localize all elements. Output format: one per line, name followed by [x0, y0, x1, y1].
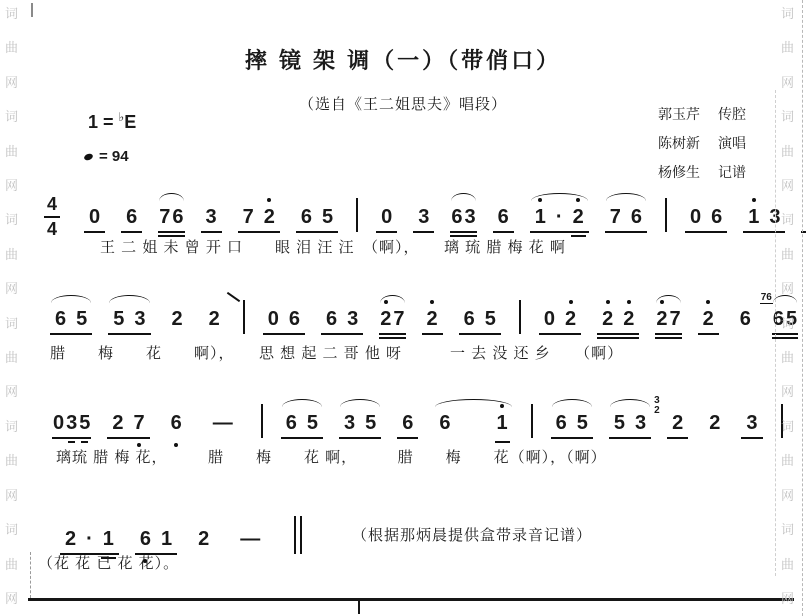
note: 2 [204, 308, 225, 330]
watermark-char: 网 [5, 281, 18, 296]
watermark-char: 曲 [5, 247, 18, 262]
quarter-note-icon [83, 153, 94, 162]
note-digit: 6 [498, 206, 509, 228]
note: 2 [618, 308, 639, 330]
note-group: 27 [379, 308, 405, 335]
measure: 6535661 [273, 412, 521, 439]
note-digit: 7 [393, 308, 404, 330]
note-group: 63 [321, 308, 363, 335]
note: 232 [667, 412, 688, 434]
note: 6 [166, 412, 187, 434]
rest-note: 0 [84, 206, 105, 228]
watermark-char: 词 [781, 109, 794, 124]
tempo-value: = 94 [99, 148, 129, 165]
bottom-frame-tick [358, 599, 360, 614]
watermark-char: 词 [781, 316, 794, 331]
lyrics-line-4: （花 花 已 花 花）。 [38, 552, 179, 573]
note-group: — [230, 528, 270, 555]
note-digit: 2 [709, 412, 720, 434]
watermark-char: 词 [5, 419, 18, 434]
credit-row: 郭玉芹传腔 [658, 100, 746, 129]
barline [261, 404, 263, 438]
note: 5 [317, 206, 338, 228]
note: 2 [422, 308, 443, 330]
music-line-1: 44067637265036361·27606135661 [44, 194, 806, 240]
octave-dot-high [706, 300, 710, 304]
note-digit: 2 [65, 528, 76, 550]
note-digit: 2 [264, 206, 275, 228]
watermark-char: 网 [5, 488, 18, 503]
watermark-char: 网 [5, 178, 18, 193]
octave-dot-high [660, 300, 664, 304]
watermark-char: 曲 [5, 453, 18, 468]
watermark-char: 词 [5, 316, 18, 331]
watermark-char: 曲 [781, 557, 794, 572]
note: 1 [98, 528, 119, 550]
credit-name: 陈树新 [658, 135, 700, 151]
note: 6 [434, 412, 455, 434]
octave-dot-high [538, 198, 542, 202]
extra-underline [495, 441, 510, 443]
note-group: 27 [655, 308, 681, 335]
note: 6 [459, 308, 480, 330]
watermark-char: 网 [781, 178, 794, 193]
note-digit: 1 [497, 412, 508, 434]
watermark-char: 网 [5, 384, 18, 399]
watermark-char: 曲 [5, 557, 18, 572]
music-line-4: 2·1612— [52, 516, 312, 555]
watermark-left: 词曲网词曲网词曲网词曲网词曲网词曲网 [5, 6, 18, 606]
final-barline [294, 516, 302, 554]
note-digit: 1 [161, 528, 172, 550]
rest-note: 0 [539, 308, 560, 330]
note-digit: 3 [344, 412, 355, 434]
lyrics-line-1: 王 二 姐 未 曾 开 口 眼 泪 汪 汪 （啊）， 璃 琉 腊 梅 花 啊 [100, 236, 566, 257]
note-group: 6 [166, 412, 187, 439]
note-digit: 5 [113, 308, 124, 330]
note-group: 76 [158, 206, 184, 233]
page-title: 摔 镜 架 调（一）（带俏口） [0, 44, 806, 75]
note: 5 [480, 308, 501, 330]
note-group: 676 [735, 308, 756, 335]
note: 3 [342, 308, 363, 330]
watermark-char: 词 [781, 212, 794, 227]
note: 1 [492, 412, 513, 434]
note-group: 6 [493, 206, 514, 233]
watermark-right: 词曲网词曲网词曲网词曲网词曲网词曲网 [781, 6, 794, 606]
note-group: 2 [704, 412, 725, 439]
note: 6 [706, 206, 727, 228]
extra-underline [68, 441, 75, 443]
note-group: 65 [50, 308, 92, 335]
watermark-char: 词 [5, 212, 18, 227]
note-digit: 2 [703, 308, 714, 330]
note-digit: 6 [451, 206, 462, 228]
note: 2 [259, 206, 280, 228]
credit-name: 杨修生 [658, 164, 700, 180]
note-digit: 6 [631, 206, 642, 228]
note-digit: 5 [76, 308, 87, 330]
note-digit: 7 [159, 206, 170, 228]
key-prefix: 1 = [88, 112, 119, 132]
note-digit: 6 [711, 206, 722, 228]
note-digit: 6 [326, 308, 337, 330]
note: 7 [158, 206, 171, 228]
watermark-char: 网 [781, 384, 794, 399]
left-dashed-rule [30, 552, 31, 598]
note-group: 61 [434, 412, 512, 439]
note-digit: 0 [89, 206, 100, 228]
note-digit: 3 [347, 308, 358, 330]
note: 1 [743, 206, 764, 228]
note: · [551, 206, 568, 228]
note-digit: 5 [322, 206, 333, 228]
watermark-char: 网 [781, 281, 794, 296]
note-group: 3 [413, 206, 434, 233]
watermark-char: 网 [781, 488, 794, 503]
note: 7 [669, 308, 682, 330]
note: 676 [735, 308, 756, 330]
credit-role: 记谱 [718, 164, 746, 180]
note-group: 2·1 [60, 528, 119, 555]
note-group: 6 [397, 412, 418, 439]
note: 3 [201, 206, 222, 228]
measure: 655323223 [543, 412, 771, 439]
note: 3 [129, 308, 150, 330]
note-digit: 2 [172, 308, 183, 330]
glissando-mark [227, 292, 240, 302]
note-group: 65 [459, 308, 501, 335]
note-group: 65 [551, 412, 593, 439]
credit-row: 陈树新演唱 [658, 129, 746, 158]
watermark-char: 词 [5, 522, 18, 537]
rest-note: 0 [263, 308, 284, 330]
right-dashed-rule [802, 0, 803, 616]
source-note: （根据那炳晨提供盒带录音记谱） [352, 524, 592, 545]
watermark-char: 网 [5, 591, 18, 606]
note-digit: 3 [134, 308, 145, 330]
barline [519, 300, 521, 334]
music-line-2: 6553220663272650222272676653 [42, 300, 806, 335]
note-digit: 2 [112, 412, 123, 434]
note: 2 [107, 412, 128, 434]
time-signature: 44 [44, 194, 60, 240]
note-digit: 7 [670, 308, 681, 330]
note: 6 [296, 206, 317, 228]
note: 2 [167, 308, 188, 330]
note: 6 [493, 206, 514, 228]
note-digit: 3 [66, 412, 77, 434]
octave-dot-high [627, 300, 631, 304]
note: — [230, 528, 270, 550]
note-digit: 6 [439, 412, 450, 434]
note: 6 [50, 308, 71, 330]
note: 5 [609, 412, 630, 434]
note: 3 [464, 206, 477, 228]
note-digit: 5 [307, 412, 318, 434]
measure: 066327265 [255, 308, 509, 335]
lyrics-line-3: 璃琉 腊 梅 花， 腊 梅 花 啊， 腊 梅 花（啊），（啊） [56, 446, 607, 467]
watermark-char: 曲 [5, 350, 18, 365]
barline [531, 404, 533, 438]
note-digit: 6 [740, 308, 751, 330]
note-group: 02 [539, 308, 581, 335]
note-group: — [203, 412, 243, 439]
note: 5 [108, 308, 129, 330]
barline [356, 198, 358, 232]
octave-dot-high [576, 198, 580, 202]
note: 6 [284, 308, 305, 330]
octave-dot-high [267, 198, 271, 202]
watermark-char: 曲 [781, 350, 794, 365]
note-digit: 5 [614, 412, 625, 434]
credit-role: 传腔 [718, 106, 746, 122]
music-line-3: 035276—6535661655323223 [44, 404, 793, 439]
note-digit: 6 [55, 308, 66, 330]
measure: 2·1612— [52, 528, 278, 555]
note: 7 [129, 412, 150, 434]
note-group: 035 [52, 412, 91, 439]
watermark-char: 网 [5, 75, 18, 90]
note-digit: 2 [656, 308, 667, 330]
credit-role: 演唱 [718, 135, 746, 151]
sheet-music-page: 摔 镜 架 调（一）（带俏口） （选自《王二姐思夫》唱段） 郭玉芹传腔 陈树新演… [0, 0, 806, 616]
note: 2 [60, 528, 81, 550]
octave-dot-high [606, 300, 610, 304]
note-digit: 6 [556, 412, 567, 434]
note: 3 [339, 412, 360, 434]
lyrics-line-2: 腊 梅 花 啊）， 思 想 起 二 哥 他 呀 一 去 没 还 乡 （啊） [50, 342, 623, 363]
rest-note: 0 [376, 206, 397, 228]
note-digit: 6 [126, 206, 137, 228]
note: 6 [121, 206, 142, 228]
watermark-char: 曲 [781, 40, 794, 55]
note-digit: 2 [427, 308, 438, 330]
note-group: 13 [743, 206, 785, 233]
watermark-char: 词 [781, 419, 794, 434]
watermark-char: 词 [781, 522, 794, 537]
grace-notes: 32 [653, 396, 661, 416]
note-group: 3 [741, 412, 762, 439]
note-digit: 0 [690, 206, 701, 228]
note-digit: 1 [103, 528, 114, 550]
note-group: 53 [609, 412, 651, 439]
note-group: 65 [296, 206, 338, 233]
watermark-char: 词 [5, 6, 18, 21]
note-digit: 3 [746, 412, 757, 434]
extra-underline [571, 235, 586, 237]
note: 6 [321, 308, 342, 330]
barline [243, 300, 245, 334]
note-group: 72 [238, 206, 280, 233]
note: 2 [560, 308, 581, 330]
note-digit: · [556, 206, 563, 228]
note: 2 [568, 206, 589, 228]
note-group: 6 [121, 206, 142, 233]
note: 6 [281, 412, 302, 434]
note-group: 1·2 [530, 206, 589, 233]
note-digit: 2 [380, 308, 391, 330]
note-group: 2 [422, 308, 443, 335]
note: 5 [572, 412, 593, 434]
note-digit: 1 [535, 206, 546, 228]
watermark-char: 词 [781, 6, 794, 21]
note-group: 65 [281, 412, 323, 439]
note-digit: · [86, 528, 93, 550]
note-digit: 3 [635, 412, 646, 434]
note: 2 [704, 412, 725, 434]
note-group: 76 [605, 206, 647, 233]
measure: 067637265 [76, 206, 346, 233]
note: 2 [597, 308, 618, 330]
note: — [203, 412, 243, 434]
note: 6 [450, 206, 463, 228]
measure: 036361·276 [368, 206, 655, 233]
note: 6 [551, 412, 572, 434]
note-digit: 2 [623, 308, 634, 330]
note-digit: 5 [79, 412, 90, 434]
right-inner-dashed-rule [775, 90, 776, 576]
note-group: 53 [108, 308, 150, 335]
note-group: 232 [667, 412, 688, 439]
note: · [81, 528, 98, 550]
note-group: 22 [597, 308, 639, 335]
note: 5 [78, 412, 91, 434]
time-signature-bottom: 4 [44, 218, 60, 240]
note: 5 [302, 412, 323, 434]
note-digit: 6 [301, 206, 312, 228]
note-digit: 2 [672, 412, 683, 434]
note: 2 [379, 308, 392, 330]
note-digit: 5 [365, 412, 376, 434]
note: 7 [392, 308, 405, 330]
note-digit: 6 [172, 206, 183, 228]
rest-note: 0 [685, 206, 706, 228]
note-digit: — [240, 528, 260, 550]
note: 6 [397, 412, 418, 434]
note-digit: 7 [243, 206, 254, 228]
note-group: 06 [685, 206, 727, 233]
measure: 655322 [42, 308, 233, 335]
note-digit: 3 [206, 206, 217, 228]
note: 2 [655, 308, 668, 330]
note: 3 [630, 412, 651, 434]
extra-underline [81, 441, 88, 443]
note-digit: 0 [268, 308, 279, 330]
watermark-char: 曲 [5, 144, 18, 159]
note: 7 [238, 206, 259, 228]
note-digit: 3 [465, 206, 476, 228]
note-group: 2 [698, 308, 719, 335]
credits: 郭玉芹传腔 陈树新演唱 杨修生记谱 [658, 100, 746, 187]
time-signature-top: 4 [44, 194, 60, 218]
note-group: 2 [204, 308, 225, 335]
note-digit: 7 [134, 412, 145, 434]
note-group: 3 [201, 206, 222, 233]
grace-note-line: 2 [653, 406, 661, 416]
note-digit: 6 [171, 412, 182, 434]
note-group: 06 [263, 308, 305, 335]
credit-name: 郭玉芹 [658, 106, 700, 122]
rest-note: 0 [52, 412, 65, 434]
watermark-char: 曲 [781, 453, 794, 468]
note: 6 [135, 528, 156, 550]
note-digit: 0 [381, 206, 392, 228]
note-digit: 6 [140, 528, 151, 550]
note-group: 27 [107, 412, 149, 439]
measure: 0222272676653 [531, 308, 806, 335]
note-digit: 6 [289, 308, 300, 330]
note-digit: 7 [610, 206, 621, 228]
note: 6 [171, 206, 184, 228]
grace-note-line: 76 [760, 293, 773, 304]
note-group: 2 [193, 528, 214, 555]
note-digit: 2 [573, 206, 584, 228]
note: 2 [698, 308, 719, 330]
octave-dot-high [384, 300, 388, 304]
watermark-char: 词 [5, 109, 18, 124]
note-digit: 6 [464, 308, 475, 330]
note: 3 [413, 206, 434, 228]
tempo-marking: = 94 [84, 148, 129, 165]
note-group: 0 [376, 206, 397, 233]
note: 1 [530, 206, 551, 228]
note-digit: 6 [402, 412, 413, 434]
page-corner-mark [31, 3, 33, 17]
octave-dot-high [569, 300, 573, 304]
note-digit: 0 [53, 412, 64, 434]
watermark-char: 曲 [781, 144, 794, 159]
note-digit: 1 [748, 206, 759, 228]
note-digit: 0 [544, 308, 555, 330]
credit-row: 杨修生记谱 [658, 158, 746, 187]
note: 1 [156, 528, 177, 550]
key-tonic: E [124, 112, 136, 132]
note-group: 35 [339, 412, 381, 439]
octave-dot-high [500, 404, 504, 408]
note-digit: 2 [602, 308, 613, 330]
note-digit: 2 [209, 308, 220, 330]
note: 2 [193, 528, 214, 550]
octave-dot-high [752, 198, 756, 202]
note: 7 [605, 206, 626, 228]
note-group: 63 [450, 206, 476, 233]
note-group: 0 [84, 206, 105, 233]
note: 5 [71, 308, 92, 330]
watermark-char: 网 [781, 75, 794, 90]
note: 5 [360, 412, 381, 434]
key-signature: 1 = ♭E [88, 110, 136, 133]
note-digit: 5 [485, 308, 496, 330]
grace-notes: 76 [760, 293, 773, 304]
watermark-char: 曲 [5, 40, 18, 55]
note-digit: 2 [565, 308, 576, 330]
note: 3 [741, 412, 762, 434]
note-group: 61 [135, 528, 177, 555]
note: 3 [65, 412, 78, 434]
note-digit: — [213, 412, 233, 434]
octave-dot-high [430, 300, 434, 304]
barline [665, 198, 667, 232]
note: 6 [626, 206, 647, 228]
note-digit: 2 [198, 528, 209, 550]
watermark-char: 网 [781, 591, 794, 606]
note-digit: 5 [577, 412, 588, 434]
measure: 035276— [44, 412, 251, 439]
bottom-frame-line [28, 598, 794, 601]
note-digit: 3 [418, 206, 429, 228]
note-group: 2 [167, 308, 188, 335]
